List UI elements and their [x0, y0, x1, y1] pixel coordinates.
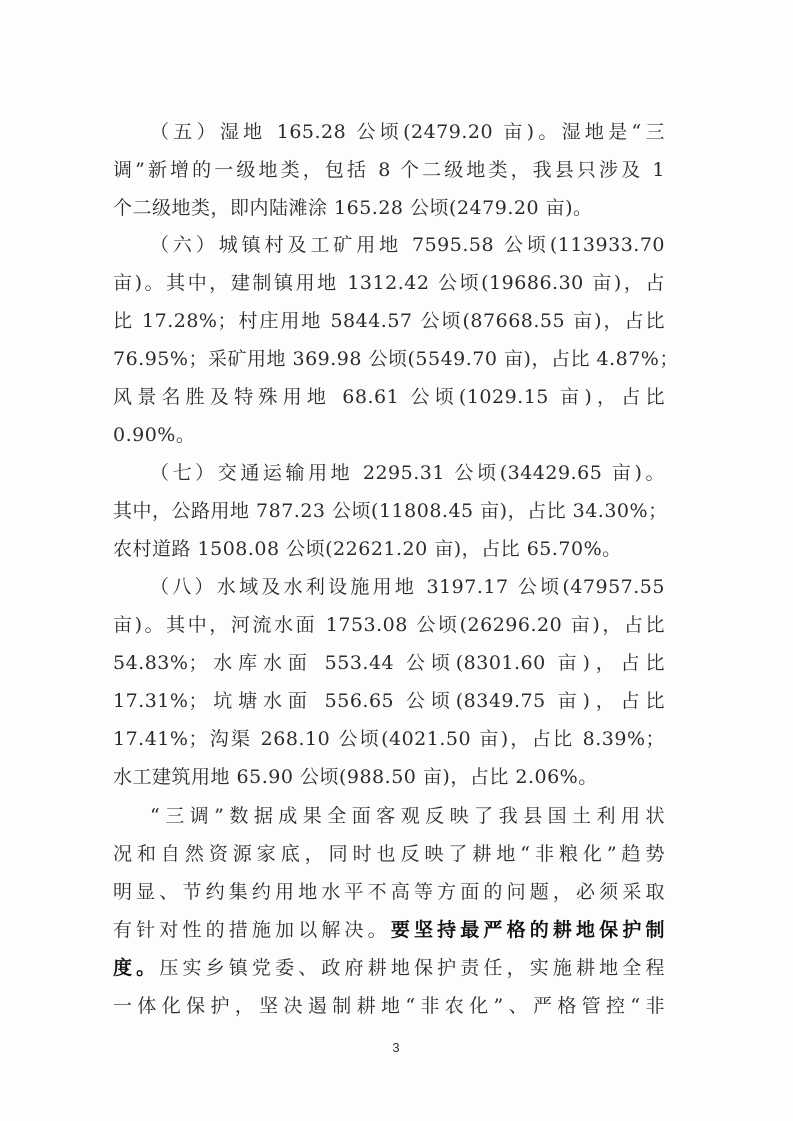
urban-line-1: （六）城镇村及工矿用地 7595.58 公顷(113933.70: [150, 230, 665, 260]
emphasis-farmland-protection: 要坚持最严格的耕地保护制: [391, 919, 665, 941]
water-line-5: 17.41%；沟渠 268.10 公顷(4021.50 亩)，占比 8.39%；: [113, 724, 665, 754]
conclusion-line-2: 况和自然资源家底，同时也反映了耕地“非粮化”趋势: [113, 839, 665, 869]
urban-line-5: 风景名胜及特殊用地 68.61 公顷(1029.15 亩)，占比: [113, 382, 665, 412]
urban-line-6: 0.90%。: [113, 420, 665, 450]
wetland-line-1: （五）湿地 165.28 公顷(2479.20 亩)。湿地是“三: [150, 117, 665, 147]
conclusion-line-3: 明显、节约集约用地水平不高等方面的问题，必须采取: [113, 877, 665, 907]
wetland-line-3: 个二级地类，即内陆滩涂 165.28 公顷(2479.20 亩)。: [113, 193, 665, 223]
water-line-3: 54.83%；水库水面 553.44 公顷(8301.60 亩)，占比: [113, 648, 665, 678]
wetland-line-2: 调”新增的一级地类，包括 8 个二级地类，我县只涉及 1: [113, 155, 665, 185]
transport-line-3: 农村道路 1508.08 公顷(22621.20 亩)，占比 65.70%。: [113, 534, 665, 564]
conclusion-line-5: 度。压实乡镇党委、政府耕地保护责任，实施耕地全程: [113, 953, 665, 983]
urban-line-4: 76.95%；采矿用地 369.98 公顷(5549.70 亩)，占比 4.87…: [113, 344, 665, 374]
water-line-2: 亩)。其中，河流水面 1753.08 公顷(26296.20 亩)，占比: [113, 610, 665, 640]
page-number: 3: [386, 1040, 406, 1055]
urban-line-3: 比 17.28%；村庄用地 5844.57 公顷(87668.55 亩)，占比: [113, 306, 665, 336]
urban-line-2: 亩)。其中，建制镇用地 1312.42 公顷(19686.30 亩)，占: [113, 268, 665, 298]
transport-line-2: 其中，公路用地 787.23 公顷(11808.45 亩)，占比 34.30%；: [113, 496, 665, 526]
conclusion-line-5-normal: 压实乡镇党委、政府耕地保护责任，实施耕地全程: [159, 957, 665, 979]
water-line-4: 17.31%；坑塘水面 556.65 公顷(8349.75 亩)，占比: [113, 686, 665, 716]
conclusion-line-4: 有针对性的措施加以解决。要坚持最严格的耕地保护制: [113, 915, 665, 945]
transport-line-1: （七）交通运输用地 2295.31 公顷(34429.65 亩)。: [150, 458, 665, 488]
conclusion-line-6: 一体化保护，坚决遏制耕地“非农化”、严格管控“非: [113, 991, 665, 1021]
conclusion-line-1: “三调”数据成果全面客观反映了我县国土利用状: [150, 801, 665, 831]
conclusion-line-4-normal: 有针对性的措施加以解决。: [113, 919, 391, 941]
document-page: （五）湿地 165.28 公顷(2479.20 亩)。湿地是“三 调”新增的一级…: [0, 0, 793, 1121]
water-line-6: 水工建筑用地 65.90 公顷(988.50 亩)，占比 2.06%。: [113, 762, 665, 792]
emphasis-farmland-protection-end: 度。: [113, 957, 159, 979]
water-line-1: （八）水域及水利设施用地 3197.17 公顷(47957.55: [150, 572, 665, 602]
